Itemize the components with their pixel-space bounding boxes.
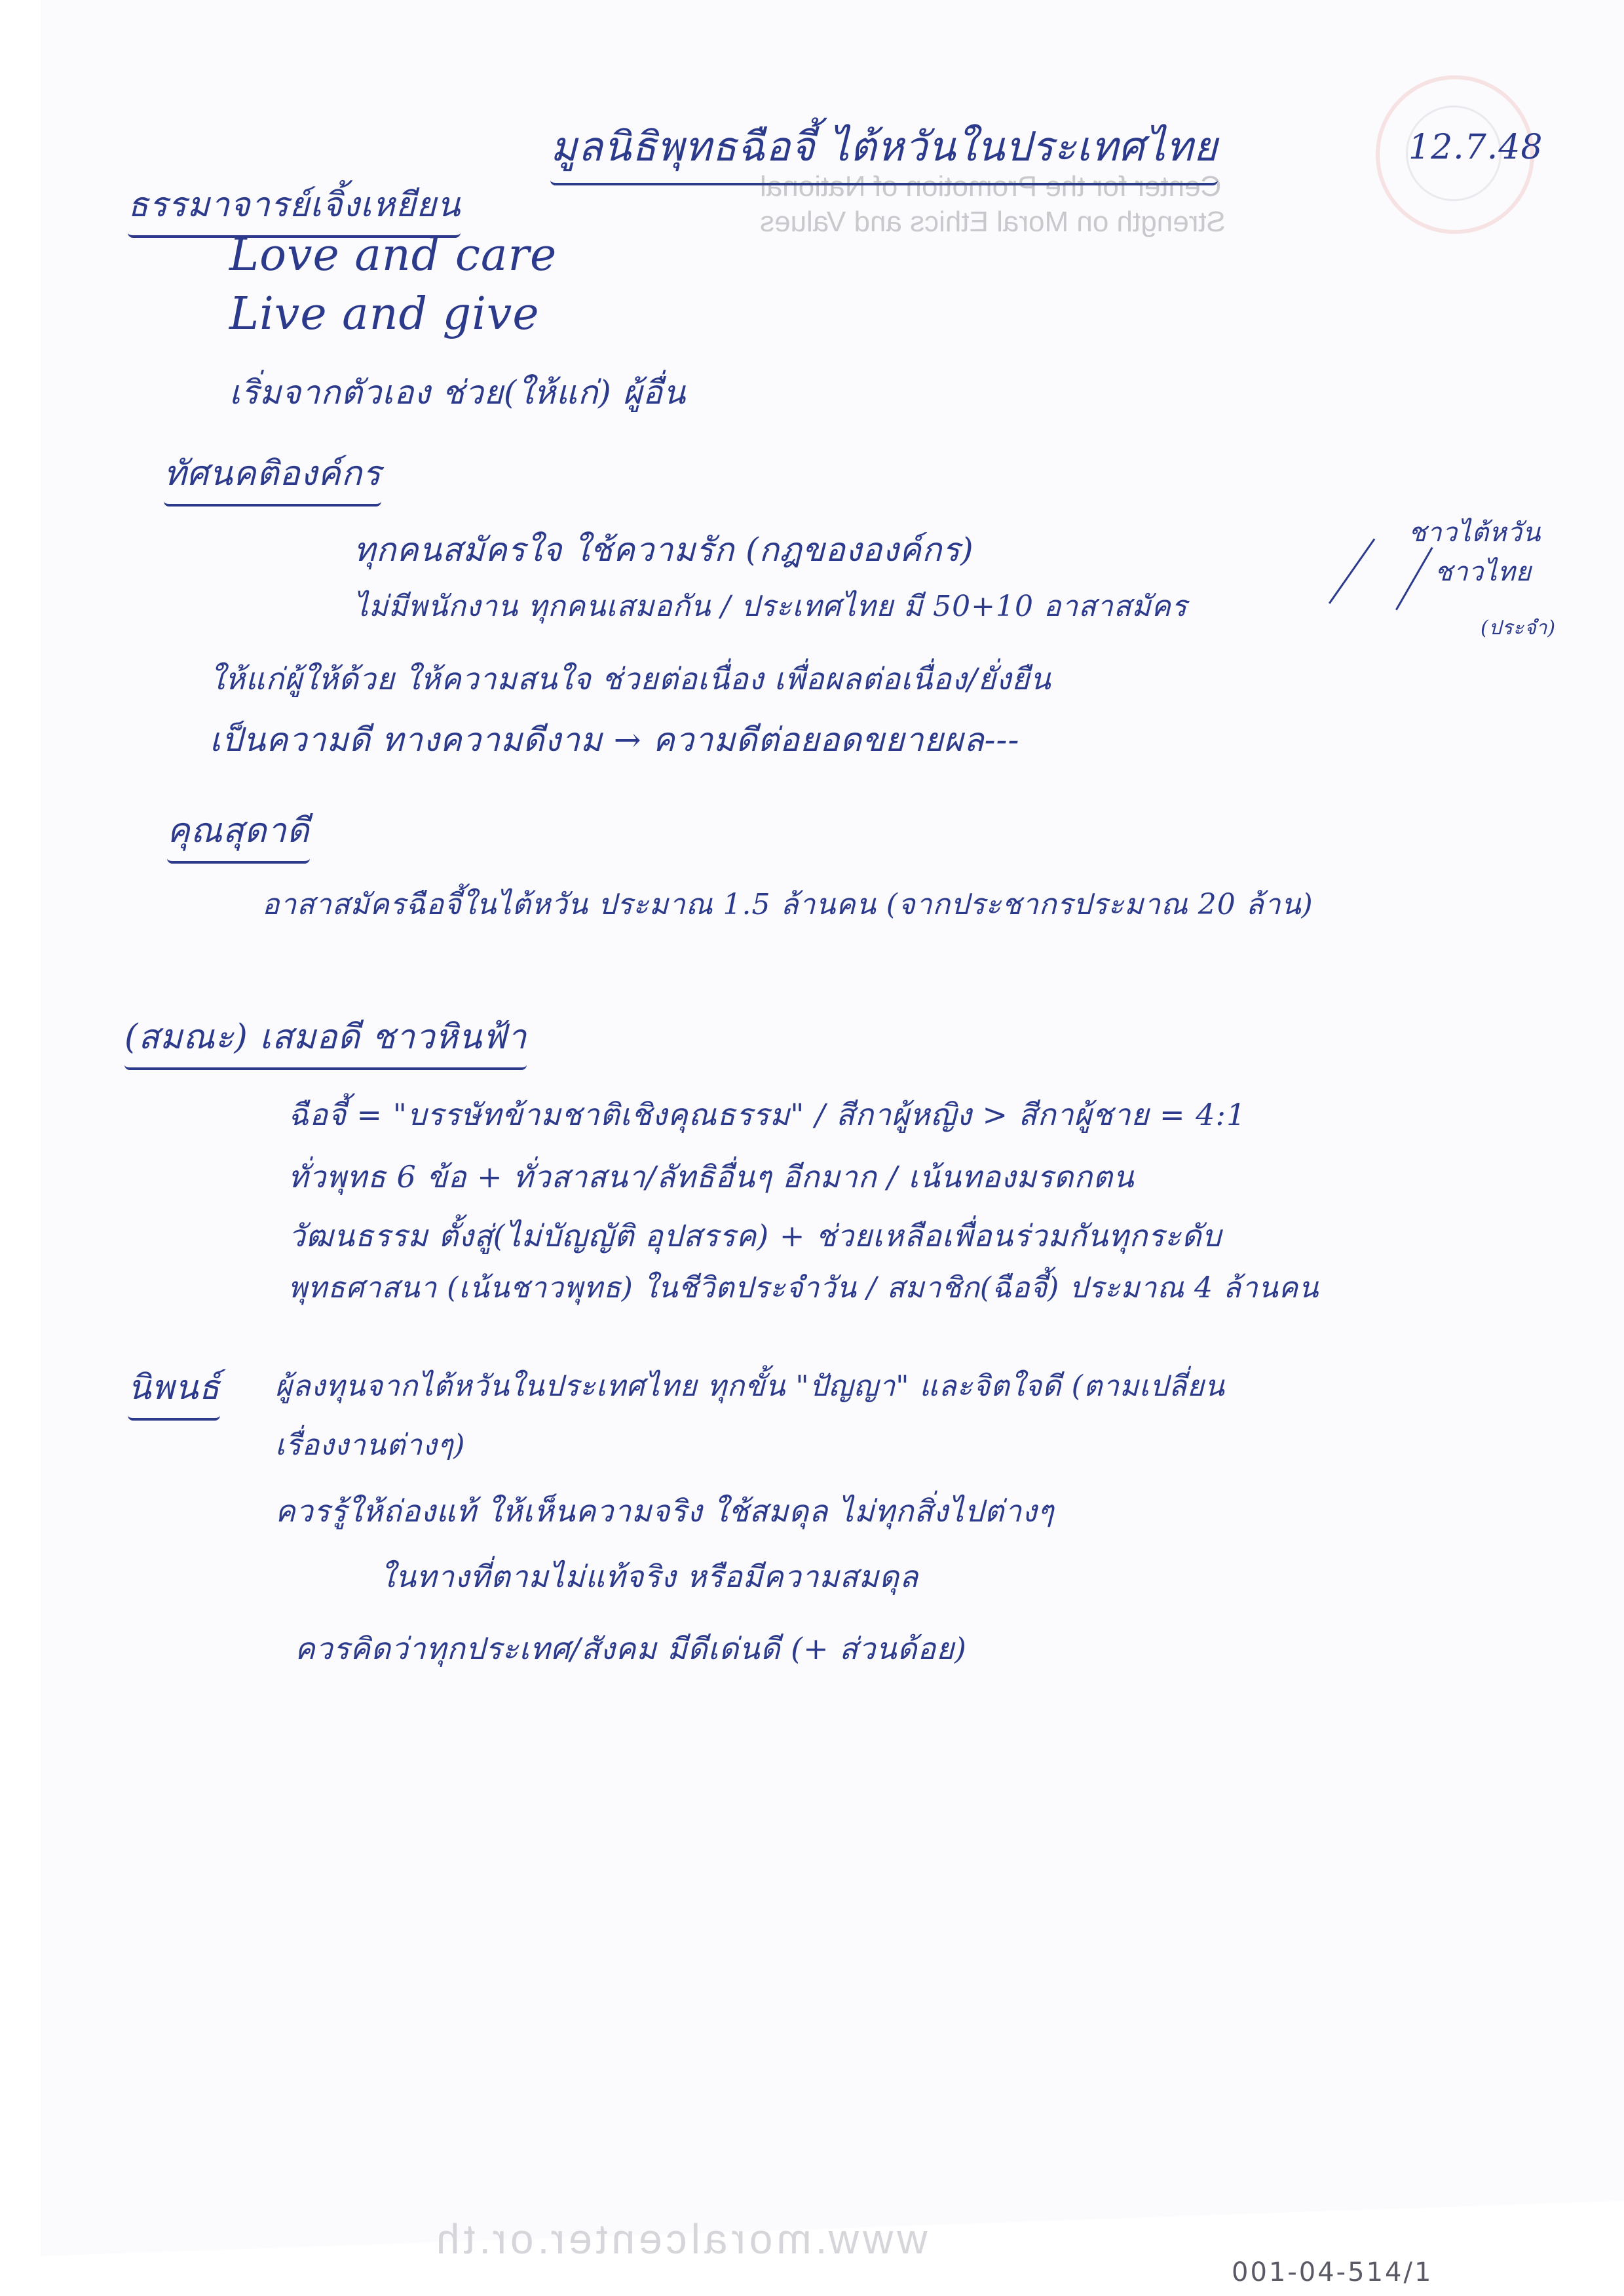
nipon-line-2: เรื่องงานต่างๆ) — [275, 1422, 465, 1468]
org-line-4: เป็นความดี ทางความดีงาม → ความดีต่อยอดขย… — [210, 714, 1019, 766]
margin-note-taiwanese: ชาวไต้หวัน — [1408, 511, 1541, 553]
heading-nipon: นิพนธ์ — [128, 1360, 220, 1421]
margin-note-thai: ชาวไทย — [1435, 550, 1532, 592]
document-title: มูลนิธิพุทธฉือจี้ ไต้หวันในประเทศไทย — [550, 115, 1218, 185]
archive-number: 001-04-514/1 — [1232, 2257, 1433, 2287]
line-start-from-self: เริ่มจากตัวเอง ช่วย(ให้แก่) ผู้อื่น — [229, 367, 686, 419]
nipon-line-5: ควรคิดว่าทุกประเทศ/สังคม มีดีเด่นดี (+ ส… — [295, 1625, 967, 1673]
line-live-and-give: Live and give — [229, 288, 540, 340]
margin-note-regular: (ประจำ) — [1481, 613, 1556, 643]
bleed-through-website: www.moralcenter.or.th — [432, 2215, 928, 2263]
letterhead-line-2: Strength on Moral Ethics and Values — [760, 204, 1226, 240]
org-line-2: ไม่มีพนักงาน ทุกคนเสมอกัน / ประเทศไทย มี… — [354, 583, 1188, 629]
heading-org-view: ทัศนคติองค์กร — [164, 446, 381, 507]
document-date: 12.7.48 — [1408, 128, 1543, 167]
line-love-and-care: Love and care — [229, 229, 557, 281]
nipon-line-4: ในทางที่ตามไม่แท้จริง หรือมีความสมดุล — [380, 1553, 918, 1601]
heading-samana: (สมณะ) เสมอดี ชาวหินฟ้า — [124, 1009, 527, 1070]
samana-line-2: ทั่วพุทธ 6 ข้อ + ทั่วสาสนา/ลัทธิอื่นๆ อี… — [288, 1153, 1134, 1201]
samana-line-3: วัฒนธรรม ตั้งสู่(ไม่บัญญัติ อุปสรรค) + ช… — [288, 1212, 1222, 1260]
org-line-3: ให้แก่ผู้ให้ด้วย ให้ความสนใจ ช่วยต่อเนื่… — [210, 655, 1051, 703]
heading-khun-sudadee: คุณสุดาดี — [167, 803, 310, 864]
samana-line-1: ฉือจี้ = "บรรษัทข้ามชาติเชิงคุณธรรม" / ส… — [288, 1091, 1246, 1139]
volunteer-stat-line: อาสาสมัครฉือจี้ในไต้หวัน ประมาณ 1.5 ล้าน… — [262, 881, 1313, 927]
samana-line-4: พุทธศาสนา (เน้นชาวพุทธ) ในชีวิตประจำวัน … — [288, 1265, 1319, 1311]
nipon-line-3: ควรรู้ให้ถ่องแท้ ให้เห็นความจริง ใช้สมดุ… — [275, 1487, 1054, 1535]
nipon-line-1: ผู้ลงทุนจากไต้หวันในประเทศไทย ทุกขั้น "ป… — [275, 1363, 1225, 1409]
org-line-1: ทุกคนสมัครใจ ใช้ความรัก (กฎขององค์กร) — [354, 524, 974, 576]
